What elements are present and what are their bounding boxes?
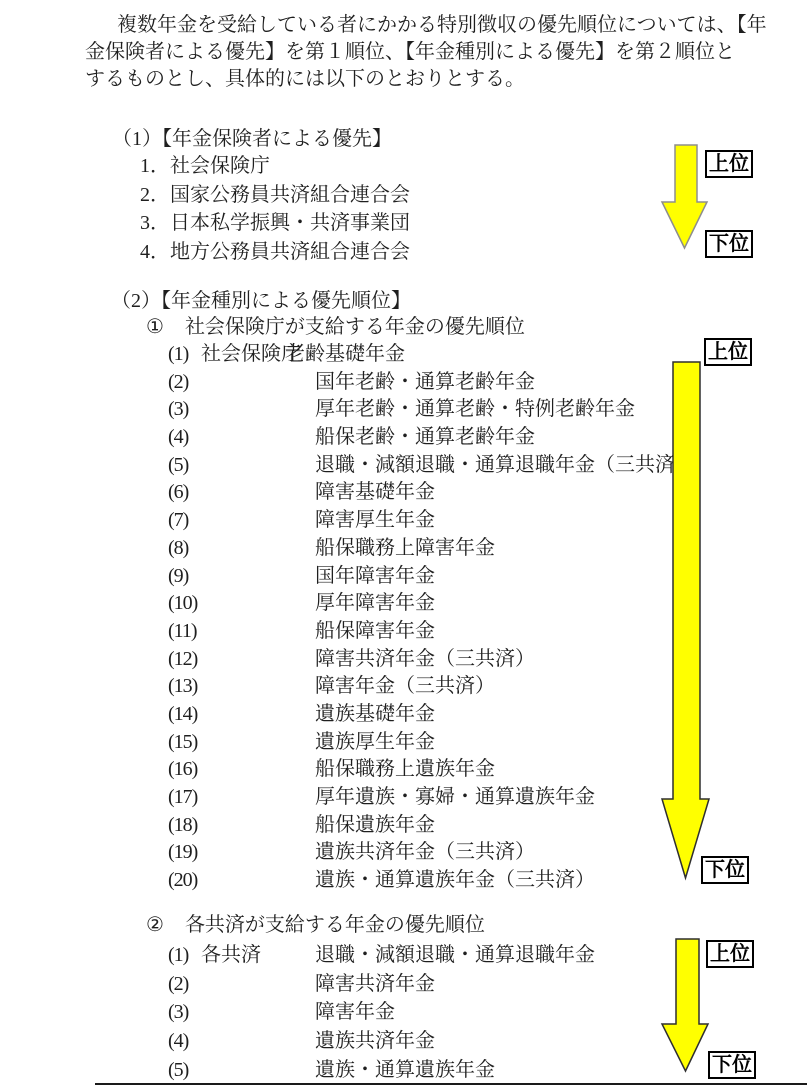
row-pension-name: 国年老齢・通算老齢年金 xyxy=(315,369,535,397)
row-pension-name: 障害共済年金（三共済） xyxy=(315,646,535,674)
row-pension-name: 遺族基礎年金 xyxy=(315,701,435,729)
row-number: (19) xyxy=(168,839,197,867)
subsection2-heading: ②各共済が支給する年金の優先順位 xyxy=(146,912,485,939)
row-pension-name: 厚年老齢・通算老齢・特例老齢年金 xyxy=(315,396,635,424)
intro-line: 金保険者による優先】を第１順位、【年金種別による優先】を第２順位と xyxy=(85,39,767,66)
row-pension-name: 遺族共済年金 xyxy=(315,1027,435,1056)
section1-heading: （1）【年金保険者による優先】 xyxy=(112,126,392,153)
item-name: 社会保険庁 xyxy=(170,155,270,177)
down-arrow-icon xyxy=(662,939,708,1071)
row-pension-name: 厚年障害年金 xyxy=(315,590,435,618)
row-number: (8) xyxy=(168,535,188,563)
row-number: (18) xyxy=(168,812,197,840)
row-pension-name: 遺族厚生年金 xyxy=(315,729,435,757)
row-pension-name: 退職・減額退職・通算退職年金（三共済） xyxy=(315,452,695,480)
section2-heading: （2）【年金種別による優先順位】 xyxy=(111,288,411,315)
rank-label-lower: 下位 xyxy=(701,856,749,884)
down-arrow-icon xyxy=(662,145,707,248)
rank-label-upper: 上位 xyxy=(705,150,753,178)
rank-label-upper: 上位 xyxy=(704,338,752,366)
row-number: (10) xyxy=(168,590,197,618)
row-pension-name: 遺族・通算遺族年金 xyxy=(315,1056,495,1085)
row-number: (2) xyxy=(168,369,188,397)
rank-label-upper: 上位 xyxy=(706,940,754,968)
intro-paragraph: 複数年金を受給している者にかかる特別徴収の優先順位については、【年 金保険者によ… xyxy=(85,12,767,93)
list-item: 1．社会保険庁 xyxy=(140,152,410,181)
row-number: (5) xyxy=(168,452,188,480)
row-number: (2) xyxy=(168,970,188,999)
row-number: (1) xyxy=(168,341,188,369)
row-number: (9) xyxy=(168,563,188,591)
row-number: (6) xyxy=(168,479,188,507)
row-pension-name: 遺族・通算遺族年金（三共済） xyxy=(315,867,595,895)
row-pension-name: 障害厚生年金 xyxy=(315,507,435,535)
priority-arrow-sha-pensions xyxy=(660,361,712,881)
row-number: (4) xyxy=(168,424,188,452)
list-item: 2．国家公務員共済組合連合会 xyxy=(140,181,410,210)
row-number: (15) xyxy=(168,729,197,757)
row-number: (3) xyxy=(168,396,188,424)
item-name: 地方公務員共済組合連合会 xyxy=(170,241,410,263)
row-pension-name: 船保職務上遺族年金 xyxy=(315,756,495,784)
row-pension-name: 障害基礎年金 xyxy=(315,479,435,507)
row-number: (16) xyxy=(168,756,197,784)
item-number: 1． xyxy=(140,155,170,177)
row-pension-name: 障害共済年金 xyxy=(315,970,435,999)
section2-number: （2） xyxy=(111,290,161,312)
row-number: (20) xyxy=(168,867,197,895)
row-pension-name: 国年障害年金 xyxy=(315,563,435,591)
section1-title: 【年金保険者による優先】 xyxy=(162,128,392,150)
row-pension-name: 船保職務上障害年金 xyxy=(315,535,495,563)
row-pension-name: 退職・減額退職・通算退職年金 xyxy=(315,941,595,970)
intro-line: するものとし、具体的には以下のとおりとする。 xyxy=(85,66,767,93)
row-number: (7) xyxy=(168,507,188,535)
section2-title: 【年金種別による優先順位】 xyxy=(161,290,411,312)
intro-line: 複数年金を受給している者にかかる特別徴収の優先順位については、【年 xyxy=(85,12,767,39)
page-bottom-rule xyxy=(95,1083,807,1085)
row-number: (13) xyxy=(168,673,197,701)
row-pension-name: 障害年金（三共済） xyxy=(315,673,495,701)
down-arrow-icon xyxy=(662,362,709,878)
row-organization: 各共済 xyxy=(201,941,261,970)
item-number: 2． xyxy=(140,184,170,206)
document-page: 複数年金を受給している者にかかる特別徴収の優先順位については、【年 金保険者によ… xyxy=(0,0,807,1086)
subsection2-title: 各共済が支給する年金の優先順位 xyxy=(185,914,485,936)
row-number: (17) xyxy=(168,784,197,812)
row-pension-name: 船保遺族年金 xyxy=(315,812,435,840)
rank-label-lower: 下位 xyxy=(705,230,753,258)
list-item: 3．日本私学振興・共済事業団 xyxy=(140,209,410,238)
row-pension-name: 厚年遺族・寡婦・通算遺族年金 xyxy=(315,784,595,812)
priority-arrow-insurers xyxy=(660,144,710,250)
item-name: 国家公務員共済組合連合会 xyxy=(170,184,410,206)
section1-item-list: 1．社会保険庁 2．国家公務員共済組合連合会 3．日本私学振興・共済事業団 4．… xyxy=(140,152,410,267)
row-pension-name: 障害年金 xyxy=(315,998,395,1027)
subsection1-title: 社会保険庁が支給する年金の優先順位 xyxy=(185,316,525,338)
row-pension-name: 船保障害年金 xyxy=(315,618,435,646)
row-number: (11) xyxy=(168,618,197,646)
subsection1-number: ① xyxy=(146,316,164,338)
row-number: (1) xyxy=(168,941,188,970)
list-item: 4．地方公務員共済組合連合会 xyxy=(140,238,410,267)
section1-number: （1） xyxy=(112,128,162,150)
row-number: (5) xyxy=(168,1056,188,1085)
item-number: 4． xyxy=(140,241,170,263)
row-number: (4) xyxy=(168,1027,188,1056)
subsection2-number: ② xyxy=(146,914,164,936)
priority-arrow-kyosai-pensions xyxy=(660,938,712,1074)
row-number: (3) xyxy=(168,998,188,1027)
item-number: 3． xyxy=(140,212,170,234)
row-pension-name: 遺族共済年金（三共済） xyxy=(315,839,535,867)
row-pension-name: 船保老齢・通算老齢年金 xyxy=(315,424,535,452)
rank-label-lower: 下位 xyxy=(708,1051,756,1079)
subsection1-heading: ①社会保険庁が支給する年金の優先順位 xyxy=(146,314,525,341)
row-number: (12) xyxy=(168,646,197,674)
row-pension-name: 老齢基礎年金 xyxy=(285,341,405,369)
item-name: 日本私学振興・共済事業団 xyxy=(170,212,410,234)
row-number: (14) xyxy=(168,701,197,729)
